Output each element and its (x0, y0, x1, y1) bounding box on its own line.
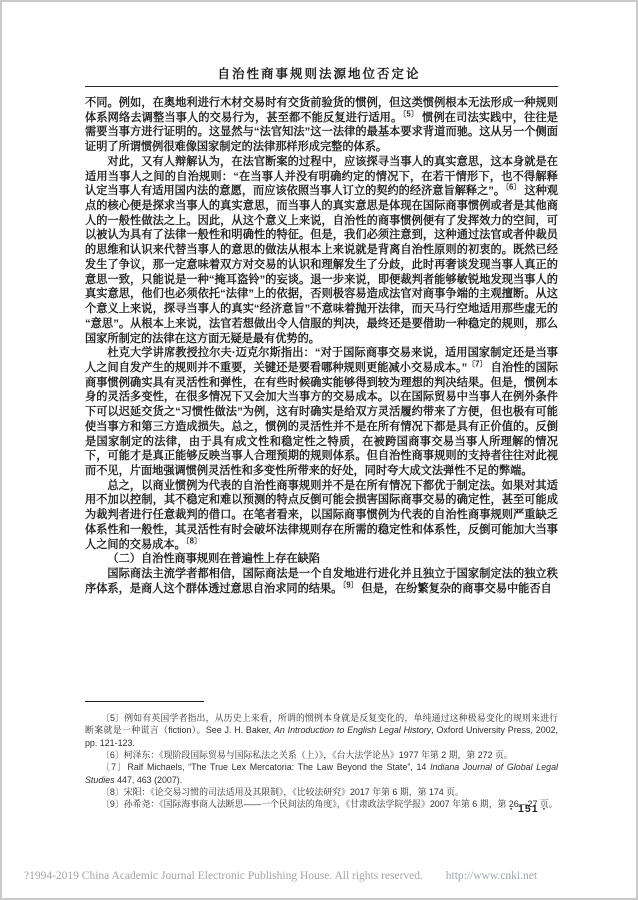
title-divider (85, 86, 558, 87)
scanned-paper-page: 自治性商事规则法源地位否定论 不同。例如，在奥地利进行木材交易时有交货前验货的惯… (0, 0, 638, 900)
footnote-ref: 〔8〕 (186, 536, 202, 545)
footnote-ref: 〔9〕 (342, 580, 358, 589)
footnote-list: 〔5〕例如有英国学者指出，从历史上来看，所谓的惯例本身就是反复变化的，单纯通过这… (85, 712, 558, 811)
watermark-footer: ?1994-2019 China Academic Journal Electr… (24, 870, 624, 882)
footnote-divider (85, 701, 204, 702)
footnote-ref: 〔6〕 (505, 183, 521, 192)
footnote: 〔7〕Ralf Michaels, “The True Lex Mercator… (85, 761, 558, 786)
cnki-url: http://www.cnki.net (446, 870, 537, 882)
paragraph: 杜克大学讲席教授拉尔夫·迈克尔斯指出：“对于国际商事交易来说，适用国家制定还是当… (85, 346, 558, 478)
paragraph: 不同。例如，在奥地利进行木材交易时有交货前验货的惯例，但这类惯例根本无法形成一种… (85, 96, 558, 155)
text-run: 这种观点的核心便是探求当事人的真实意思，而当事人的真实意思是体现在国际商事惯例或… (85, 185, 558, 344)
page-title: 自治性商事规则法源地位否定论 (2, 64, 636, 82)
text-run: 〔6〕柯泽东：《现阶段国际贸易与国际私法之关系（上）》，《台大法学论丛》1977… (101, 750, 513, 760)
text-run: 但是，在纷繁复杂的商事交易中能否自 (358, 583, 551, 595)
section-heading: （二）自治性商事规则在普遍性上存在缺陷 (85, 552, 558, 567)
text-run: 〔7〕Ralf Michaels, “The True Lex Mercator… (101, 762, 430, 772)
text-run: An Introduction to English Legal History (274, 725, 431, 735)
text-run: 总之，以商业惯例为代表的自治性商事规则并不是在所有情况下都优于制定法。如果对其适… (85, 480, 558, 551)
footnote-ref: 〔5〕 (402, 109, 419, 118)
paragraph: 总之，以商业惯例为代表的自治性商事规则并不是在所有情况下都优于制定法。如果对其适… (85, 479, 558, 553)
text-run: 〔8〕宋阳：《论交易习惯的司法适用及其限制》，《比较法研究》2017 年第 6 … (101, 787, 464, 797)
footnote-area: 〔5〕例如有英国学者指出，从历史上来看，所谓的惯例本身就是反复变化的，单纯通过这… (85, 701, 558, 811)
text-run: 447, 463 (2007). (115, 775, 183, 785)
footnote: 〔5〕例如有英国学者指出，从历史上来看，所谓的惯例本身就是反复变化的，单纯通过这… (85, 712, 558, 749)
text-run: 对此，又有人辩解认为，在法官断案的过程中，应该探寻当事人的真实意思，这本身就是在… (85, 156, 558, 197)
footnote: 〔6〕柯泽东：《现阶段国际贸易与国际私法之关系（上）》，《台大法学论丛》1977… (85, 749, 558, 761)
copyright-text: ?1994-2019 China Academic Journal Electr… (24, 870, 423, 882)
body-paragraphs: 不同。例如，在奥地利进行木材交易时有交货前验货的惯例，但这类惯例根本无法形成一种… (85, 96, 558, 596)
page-number: · 151 · (85, 803, 547, 815)
paragraph: 国际商法主流学者都相信，国际商法是一个自发地进行进化并且独立于国家制定法的独立秩… (85, 567, 558, 596)
footnote: 〔8〕宋阳：《论交易习惯的司法适用及其限制》，《比较法研究》2017 年第 6 … (85, 786, 558, 798)
footnote-ref: 〔7〕 (467, 359, 487, 368)
text-run: （二）自治性商事规则在普遍性上存在缺陷 (107, 553, 320, 565)
text-run: 自治性的国际商事惯例确实具有灵活性和弹性，在有些时候确实能够得到较为理想的判决结… (85, 362, 558, 477)
paragraph: 对此，又有人辩解认为，在法官断案的过程中，应该探寻当事人的真实意思，这本身就是在… (85, 155, 558, 346)
